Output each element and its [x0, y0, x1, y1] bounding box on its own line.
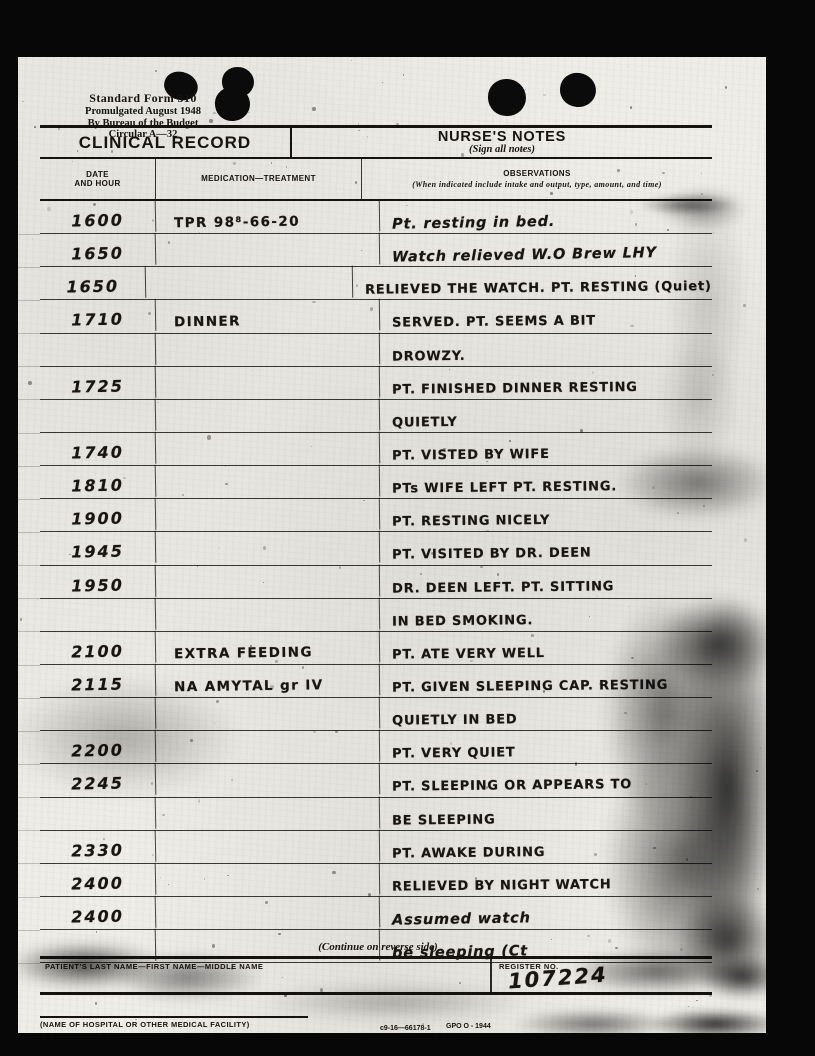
entry-medication: NA AMYTAL gr IV [156, 663, 380, 698]
entry-observation: IN BED SMOKING. [380, 597, 712, 633]
entry-time: 2400 [40, 863, 157, 898]
table-row: 1900 PT. RESTING NICELY [40, 499, 712, 532]
entry-medication [146, 266, 353, 301]
date-hour-header: DATE AND HOUR [40, 159, 156, 199]
noise-speck [756, 770, 758, 772]
entry-observation: PTs WIFE LEFT PT. RESTING. [380, 464, 712, 500]
noise-speck [744, 538, 747, 542]
table-row: 1710 DINNER SERVED. PT. SEEMS A BIT [40, 300, 712, 333]
entry-time: 1650 [40, 233, 157, 268]
form-promulgation: Promulgated August 1948 [54, 106, 232, 118]
table-row: 2400 RELIEVED BY NIGHT WATCH [40, 864, 712, 897]
footer-divider [490, 959, 492, 992]
noise-speck [749, 234, 750, 235]
table-row: 2330 PT. AWAKE DURING [40, 831, 712, 864]
nurses-notes-table: CLINICAL RECORD NURSE'S NOTES (Sign all … [40, 125, 712, 963]
entry-time: 1945 [40, 531, 157, 566]
nurses-notes-title: NURSE'S NOTES [438, 130, 566, 145]
entry-observation: PT. SLEEPING OR APPEARS TO [380, 763, 712, 799]
entry-time [40, 332, 157, 367]
noise-speck [403, 74, 405, 76]
entry-medication [156, 398, 380, 433]
title-row: CLINICAL RECORD NURSE'S NOTES (Sign all … [40, 128, 712, 159]
entry-medication [156, 332, 380, 367]
noise-speck [351, 60, 352, 61]
table-row: 1650 RELIEVED THE WATCH. PT. RESTING (Qu… [40, 267, 712, 300]
entry-observation: RELIEVED BY NIGHT WATCH [380, 862, 712, 898]
observations-header: OBSERVATIONS (When indicated include int… [362, 159, 712, 199]
clinical-record-title: CLINICAL RECORD [79, 133, 251, 153]
noise-speck [713, 232, 714, 234]
entry-observation: PT. GIVEN SLEEPING CAP. RESTING [380, 663, 712, 699]
hospital-facility-label: (NAME OF HOSPITAL OR OTHER MEDICAL FACIL… [40, 1020, 250, 1029]
noise-speck [630, 106, 633, 110]
hole-punch-mark [558, 71, 597, 109]
entry-observation: PT. VISTED BY WIFE [380, 431, 712, 467]
table-row: 2245 PT. SLEEPING OR APPEARS TO [40, 764, 712, 797]
table-row: 1740 PT. VISTED BY WIFE [40, 433, 712, 466]
noise-speck [32, 238, 33, 240]
entry-medication [156, 431, 380, 466]
noise-speck [34, 126, 36, 128]
entry-observation: Assumed watch [380, 894, 713, 932]
entry-time: 1740 [40, 432, 157, 467]
entry-observation: DROWZY. [380, 332, 712, 368]
noise-speck [543, 94, 546, 96]
table-body: 1600 TPR 98⁸-66-20 Pt. resting in bed. 1… [40, 201, 712, 963]
medication-treatment-header: MEDICATION—TREATMENT [156, 159, 362, 199]
observations-header-label: OBSERVATIONS [503, 169, 570, 179]
entry-medication [156, 763, 380, 798]
table-row: DROWZY. [40, 334, 712, 367]
table-row: QUIETLY [40, 400, 712, 433]
patient-register-box: PATIENT'S LAST NAME—FIRST NAME—MIDDLE NA… [40, 956, 712, 995]
observations-header-note: (When indicated include intake and outpu… [412, 180, 662, 190]
entry-time: 1650 [40, 266, 147, 300]
entry-observation: SERVED. PT. SEEMS A BIT [380, 299, 712, 335]
entry-time: 2330 [40, 829, 157, 864]
noise-speck [312, 107, 315, 112]
entry-time: 1950 [40, 564, 157, 599]
nurses-notes-cell: NURSE'S NOTES (Sign all notes) [292, 128, 712, 157]
entry-observation: PT. RESTING NICELY [380, 498, 712, 534]
gpo-code: GPO O - 1944 [446, 1023, 491, 1030]
entry-medication [156, 365, 380, 400]
noise-speck [95, 1002, 98, 1005]
table-row: 1650 Watch relieved W.O Brew LHY [40, 234, 712, 267]
entry-medication [156, 498, 380, 533]
patient-name-label: PATIENT'S LAST NAME—FIRST NAME—MIDDLE NA… [45, 962, 263, 971]
entry-observation: QUIETLY IN BED [380, 696, 712, 732]
entry-medication [156, 829, 380, 864]
noise-speck [22, 101, 24, 102]
entry-time [40, 399, 157, 434]
continue-reverse-note: (Continue on reverse side) [168, 941, 588, 953]
entry-medication [156, 796, 380, 831]
entry-time: 1725 [40, 365, 157, 400]
column-header-row: DATE AND HOUR MEDICATION—TREATMENT OBSER… [40, 159, 712, 201]
entry-observation: Watch relieved W.O Brew LHY [380, 231, 713, 269]
table-row: 2115 NA AMYTAL gr IV PT. GIVEN SLEEPING … [40, 665, 712, 698]
entry-time: 2400 [40, 896, 157, 931]
entry-time: 1710 [40, 299, 157, 334]
table-row: 1950 DR. DEEN LEFT. PT. SITTING [40, 566, 712, 599]
medication-header-label: MEDICATION—TREATMENT [201, 174, 316, 184]
table-row: 1810 PTs WIFE LEFT PT. RESTING. [40, 466, 712, 499]
table-row: 1945 PT. VISITED BY DR. DEEN [40, 532, 712, 565]
table-row: IN BED SMOKING. [40, 599, 712, 632]
table-row: 1600 TPR 98⁸-66-20 Pt. resting in bed. [40, 201, 712, 234]
print-code: c9-16—66178-1 [380, 1025, 431, 1032]
entry-medication [156, 233, 380, 268]
noise-speck [712, 374, 714, 376]
scan-stain [513, 1009, 766, 1033]
entry-time [40, 597, 157, 632]
table-row: 2200 PT. VERY QUIET [40, 731, 712, 764]
noise-speck [760, 748, 762, 750]
entry-time [40, 697, 157, 732]
clinical-record-cell: CLINICAL RECORD [40, 128, 292, 157]
entry-medication [156, 564, 380, 599]
entry-observation: RELIEVED THE WATCH. PT. RESTING (Quiet) [353, 265, 712, 301]
noise-speck [382, 82, 383, 83]
entry-time: 2115 [40, 664, 157, 699]
entry-observation: PT. AWAKE DURING [380, 829, 712, 865]
entry-observation: PT. VERY QUIET [380, 730, 712, 766]
entry-time [40, 796, 157, 831]
entry-time: 1900 [40, 498, 157, 533]
entry-medication [156, 862, 380, 897]
noise-speck [688, 1006, 689, 1007]
noise-speck [20, 618, 22, 620]
entry-observation: QUIETLY [380, 398, 712, 434]
entry-medication [156, 597, 380, 632]
entry-medication: DINNER [156, 299, 380, 334]
entry-observation: PT. ATE VERY WELL [380, 630, 712, 666]
noise-speck [155, 70, 157, 72]
entry-observation: PT. FINISHED DINNER RESTING [380, 365, 712, 401]
entry-medication: EXTRA FEEDING [156, 630, 380, 665]
form-number: Standard Form 510 [54, 91, 232, 106]
entry-medication [156, 465, 380, 500]
table-row: QUIETLY IN BED [40, 698, 712, 731]
entry-medication [156, 730, 380, 765]
noise-speck [757, 888, 759, 890]
noise-speck [627, 66, 628, 67]
entry-time: 1810 [40, 465, 157, 500]
entry-medication [156, 697, 380, 732]
sign-all-notes-note: (Sign all notes) [469, 145, 535, 156]
entry-time: 2200 [40, 730, 157, 765]
entry-medication [156, 895, 380, 930]
noise-speck [525, 89, 526, 90]
paper-sheet: Standard Form 510 Promulgated August 194… [18, 57, 766, 1033]
table-row: BE SLEEPING [40, 798, 712, 831]
date-header-line1: DATE [86, 170, 109, 180]
entry-medication: TPR 98⁸-66-20 [156, 199, 380, 234]
entry-observation: BE SLEEPING [380, 796, 712, 832]
noise-speck [743, 304, 746, 307]
entry-time: 1600 [40, 200, 157, 235]
entry-time: 2245 [40, 763, 157, 798]
hole-punch-mark [488, 79, 526, 116]
scanned-clinical-record: Standard Form 510 Promulgated August 194… [0, 0, 815, 1056]
noise-speck [725, 86, 727, 89]
entry-observation: Pt. resting in bed. [380, 198, 713, 236]
entry-observation: DR. DEEN LEFT. PT. SITTING [380, 564, 712, 600]
entry-time: 2100 [40, 631, 157, 666]
table-row: 2100 EXTRA FEEDING PT. ATE VERY WELL [40, 632, 712, 665]
date-header-line2: AND HOUR [74, 179, 120, 189]
hospital-signature-rule [40, 1016, 308, 1018]
noise-speck [696, 1000, 698, 1001]
noise-speck [28, 381, 31, 385]
table-row: 1725 PT. FINISHED DINNER RESTING [40, 367, 712, 400]
entry-medication [156, 531, 380, 566]
table-row: 2400 Assumed watch [40, 897, 712, 930]
entry-observation: PT. VISITED BY DR. DEEN [380, 531, 712, 567]
